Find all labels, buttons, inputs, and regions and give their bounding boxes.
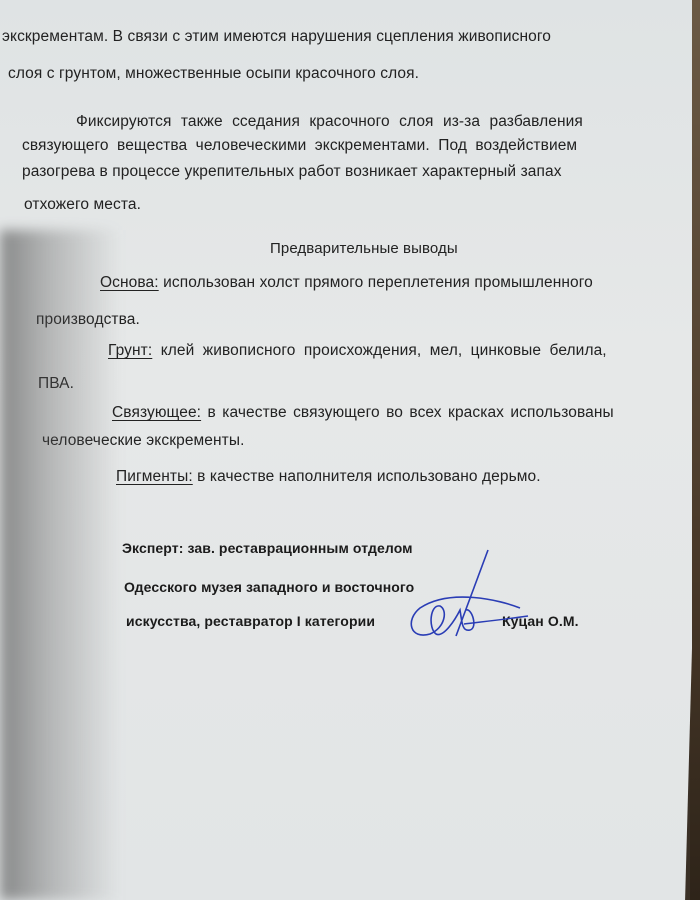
body-text-line: разогрева в процессе укрепительных работ…: [22, 163, 562, 181]
signature-line-2: Одесского музея западного и восточного: [124, 579, 414, 595]
body-text-line: Фиксируются также сседания красочного сл…: [76, 113, 583, 131]
signature-line-1: Эксперт: зав. реставрационным отделом: [122, 540, 413, 556]
conclusion-pigments: Пигменты: в качестве наполнителя использ…: [116, 468, 541, 486]
conclusion-text: в качестве связующего во всех красках ис…: [201, 404, 614, 421]
conclusion-label: Основа:: [100, 274, 159, 291]
document-page: экскрементам. В связи с этим имеются нар…: [0, 0, 692, 900]
section-title: Предварительные выводы: [270, 240, 458, 257]
conclusion-label: Связующее:: [112, 404, 201, 421]
conclusion-text: клей живописного происхождения, мел, цин…: [152, 342, 606, 359]
body-text-line: экскрементам. В связи с этим имеются нар…: [2, 28, 551, 46]
body-text-line: связующего вещества человеческими экскре…: [22, 137, 577, 155]
signature-line-3: искусства, реставратор I категории: [126, 613, 375, 629]
conclusion-text: в качестве наполнителя использовано дерь…: [193, 468, 541, 485]
conclusion-binder: Связующее: в качестве связующего во всех…: [112, 404, 614, 422]
conclusion-label: Пигменты:: [116, 468, 193, 485]
conclusion-continuation: производства.: [36, 311, 140, 329]
conclusion-continuation: ПВА.: [38, 375, 74, 393]
conclusion-continuation: человеческие экскременты.: [42, 432, 245, 450]
conclusion-ground: Грунт: клей живописного происхождения, м…: [108, 342, 607, 360]
body-text-line: слоя с грунтом, множественные осыпи крас…: [8, 65, 419, 83]
body-text-line: отхожего места.: [24, 196, 141, 214]
conclusion-base: Основа: использован холст прямого перепл…: [100, 274, 593, 292]
conclusion-text: использован холст прямого переплетения п…: [159, 274, 593, 291]
handwritten-signature-icon: [400, 548, 530, 643]
conclusion-label: Грунт:: [108, 342, 152, 359]
